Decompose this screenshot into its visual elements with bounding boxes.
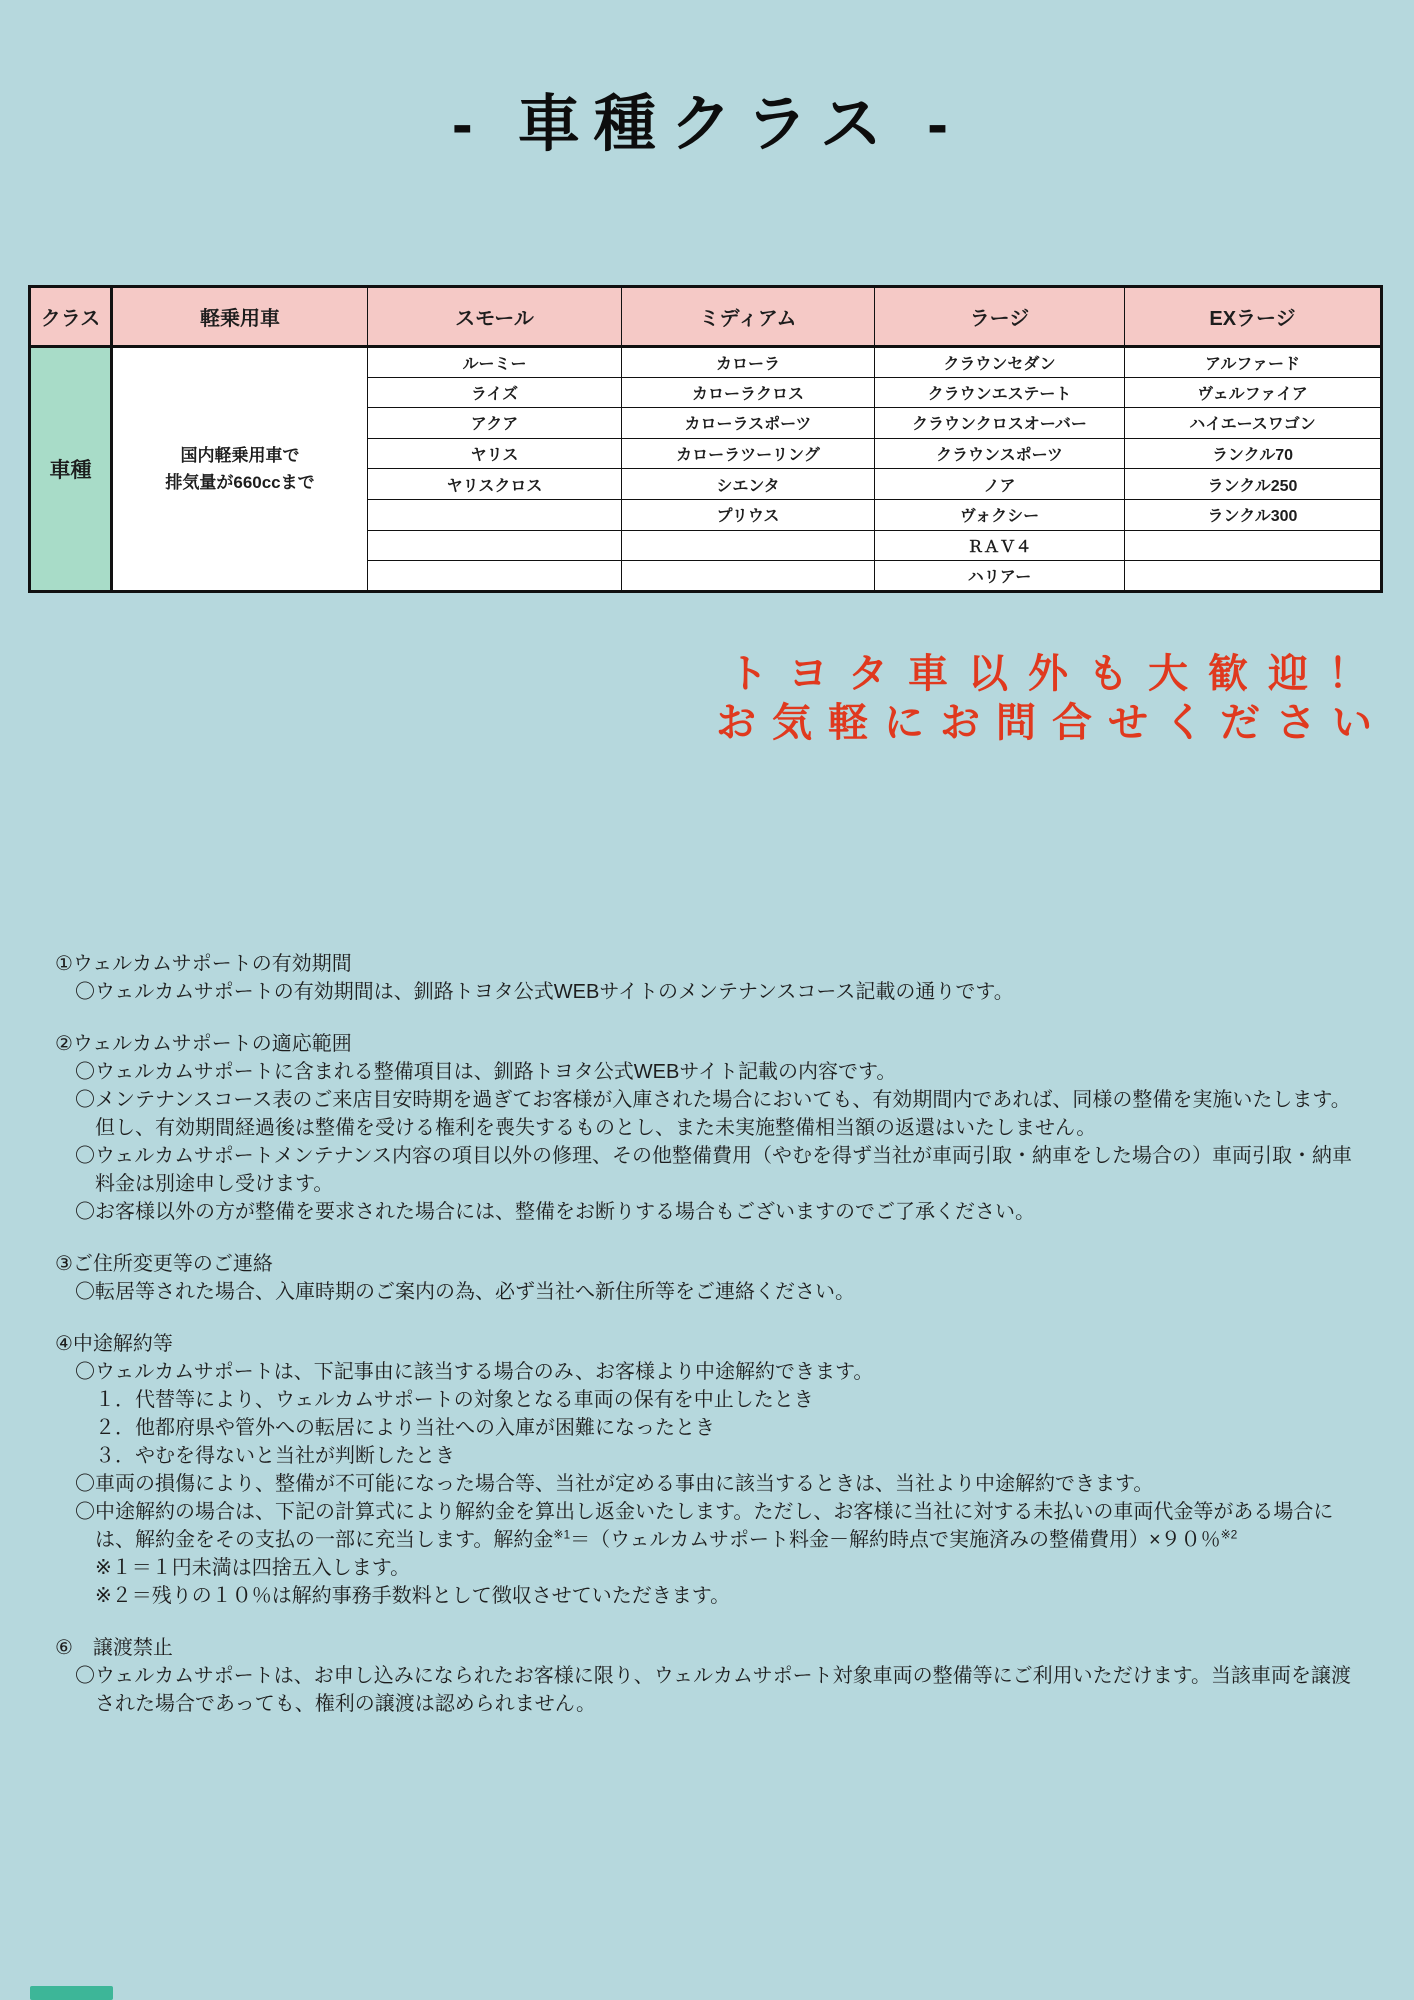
table-header-cell: ラージ: [875, 287, 1125, 347]
terms-line: 〇メンテナンスコース表のご来店目安時期を過ぎてお客様が入庫された場合においても、…: [55, 1086, 1390, 1114]
table-header-cell: 軽乗用車: [112, 287, 368, 347]
car-name-cell: クラウンエステート: [875, 377, 1125, 408]
catchphrase: トヨタ車以外も大歓迎！ お気軽にお問合せください: [716, 650, 1388, 748]
terms-line: ※１＝１円未満は四捨五入します。: [55, 1554, 1390, 1582]
terms-line: ③ご住所変更等のご連絡: [55, 1250, 1390, 1278]
terms-section: ①ウェルカムサポートの有効期間 〇ウェルカムサポートの有効期間は、釧路トヨタ公式…: [55, 950, 1390, 1006]
terms-line: された場合であっても、権利の譲渡は認められません。: [55, 1690, 1390, 1718]
page-title: - 車種クラス -: [0, 74, 1414, 163]
terms-line: 〇お客様以外の方が整備を要求された場合には、整備をお断りする場合もございますので…: [55, 1198, 1390, 1226]
row-label-cell: 車種: [30, 347, 112, 592]
car-name-cell: ハリアー: [875, 561, 1125, 592]
car-name-cell: カローラスポーツ: [622, 408, 875, 439]
car-name-cell: カローラクロス: [622, 377, 875, 408]
car-name-cell: [368, 499, 622, 530]
table-body: 車種国内軽乗用車で 排気量が660ccまでルーミーカローラクラウンセダンアルファ…: [30, 347, 1382, 592]
terms-line: ２．他都府県や管外への転居により当社への入庫が困難になったとき: [55, 1414, 1390, 1442]
terms-section: ③ご住所変更等のご連絡 〇転居等された場合、入庫時期のご案内の為、必ず当社へ新住…: [55, 1250, 1390, 1306]
terms-line: は、解約金をその支払の一部に充当します。解約金※1＝（ウェルカムサポート料金－解…: [55, 1526, 1390, 1554]
car-name-cell: ＲＡＶ４: [875, 530, 1125, 561]
terms-line: ※２＝残りの１０％は解約事務手数料として徴収させていただきます。: [55, 1582, 1390, 1610]
car-name-cell: [1125, 530, 1382, 561]
terms-section: ⑥ 譲渡禁止 〇ウェルカムサポートは、お申し込みになられたお客様に限り、ウェルカ…: [55, 1634, 1390, 1718]
car-name-cell: ハイエースワゴン: [1125, 408, 1382, 439]
car-name-cell: [368, 530, 622, 561]
car-name-cell: カローラツーリング: [622, 438, 875, 469]
table-header-cell: スモール: [368, 287, 622, 347]
car-name-cell: プリウス: [622, 499, 875, 530]
car-name-cell: [622, 530, 875, 561]
terms-section: ④中途解約等 〇ウェルカムサポートは、下記事由に該当する場合のみ、お客様より中途…: [55, 1330, 1390, 1610]
terms-line: ②ウェルカムサポートの適応範囲: [55, 1030, 1390, 1058]
car-name-cell: ノア: [875, 469, 1125, 500]
car-name-cell: ランクル250: [1125, 469, 1382, 500]
catchphrase-line1: トヨタ車以外も大歓迎！: [716, 650, 1388, 699]
car-name-cell: アルファード: [1125, 347, 1382, 378]
car-name-cell: [622, 561, 875, 592]
terms-line: 〇ウェルカムサポートは、お申し込みになられたお客様に限り、ウェルカムサポート対象…: [55, 1662, 1390, 1690]
vehicle-class-table: クラス軽乗用車スモールミディアムラージEXラージ 車種国内軽乗用車で 排気量が6…: [28, 285, 1383, 593]
car-name-cell: ヴェルファイア: [1125, 377, 1382, 408]
terms-line: 〇ウェルカムサポートの有効期間は、釧路トヨタ公式WEBサイトのメンテナンスコース…: [55, 978, 1390, 1006]
kei-car-note-cell: 国内軽乗用車で 排気量が660ccまで: [112, 347, 368, 592]
terms-line: １．代替等により、ウェルカムサポートの対象となる車両の保有を中止したとき: [55, 1386, 1390, 1414]
car-name-cell: ライズ: [368, 377, 622, 408]
terms-line: ⑥ 譲渡禁止: [55, 1634, 1390, 1662]
terms-line: 〇ウェルカムサポートに含まれる整備項目は、釧路トヨタ公式WEBサイト記載の内容で…: [55, 1058, 1390, 1086]
bottom-left-accent-mark: [30, 1986, 113, 2000]
terms-section: ②ウェルカムサポートの適応範囲 〇ウェルカムサポートに含まれる整備項目は、釧路ト…: [55, 1030, 1390, 1226]
terms-line: 〇転居等された場合、入庫時期のご案内の為、必ず当社へ新住所等をご連絡ください。: [55, 1278, 1390, 1306]
terms-line: 〇中途解約の場合は、下記の計算式により解約金を算出し返金いたします。ただし、お客…: [55, 1498, 1390, 1526]
catchphrase-line2: お気軽にお問合せください: [716, 699, 1388, 748]
car-name-cell: クラウンスポーツ: [875, 438, 1125, 469]
car-name-cell: ランクル300: [1125, 499, 1382, 530]
car-name-cell: シエンタ: [622, 469, 875, 500]
car-name-cell: [368, 561, 622, 592]
car-name-cell: ルーミー: [368, 347, 622, 378]
terms: ①ウェルカムサポートの有効期間 〇ウェルカムサポートの有効期間は、釧路トヨタ公式…: [55, 950, 1390, 1742]
car-name-cell: ヤリス: [368, 438, 622, 469]
terms-line: ④中途解約等: [55, 1330, 1390, 1358]
terms-line: ①ウェルカムサポートの有効期間: [55, 950, 1390, 978]
car-name-cell: [1125, 561, 1382, 592]
table-header-cell: クラス: [30, 287, 112, 347]
car-name-cell: ヴォクシー: [875, 499, 1125, 530]
terms-line: 〇ウェルカムサポートメンテナンス内容の項目以外の修理、その他整備費用（やむを得ず…: [55, 1142, 1390, 1170]
terms-line: 〇車両の損傷により、整備が不可能になった場合等、当社が定める事由に該当するときは…: [55, 1470, 1390, 1498]
car-name-cell: アクア: [368, 408, 622, 439]
table-row: 車種国内軽乗用車で 排気量が660ccまでルーミーカローラクラウンセダンアルファ…: [30, 347, 1382, 378]
car-name-cell: ランクル70: [1125, 438, 1382, 469]
table-header-cell: EXラージ: [1125, 287, 1382, 347]
car-name-cell: ヤリスクロス: [368, 469, 622, 500]
car-name-cell: クラウンクロスオーバー: [875, 408, 1125, 439]
table-header-row: クラス軽乗用車スモールミディアムラージEXラージ: [30, 287, 1382, 347]
table-header-cell: ミディアム: [622, 287, 875, 347]
terms-line: 但し、有効期間経過後は整備を受ける権利を喪失するものとし、また未実施整備相当額の…: [55, 1114, 1390, 1142]
terms-line: 料金は別途申し受けます。: [55, 1170, 1390, 1198]
car-name-cell: カローラ: [622, 347, 875, 378]
terms-line: 〇ウェルカムサポートは、下記事由に該当する場合のみ、お客様より中途解約できます。: [55, 1358, 1390, 1386]
terms-line: ３．やむを得ないと当社が判断したとき: [55, 1442, 1390, 1470]
car-name-cell: クラウンセダン: [875, 347, 1125, 378]
